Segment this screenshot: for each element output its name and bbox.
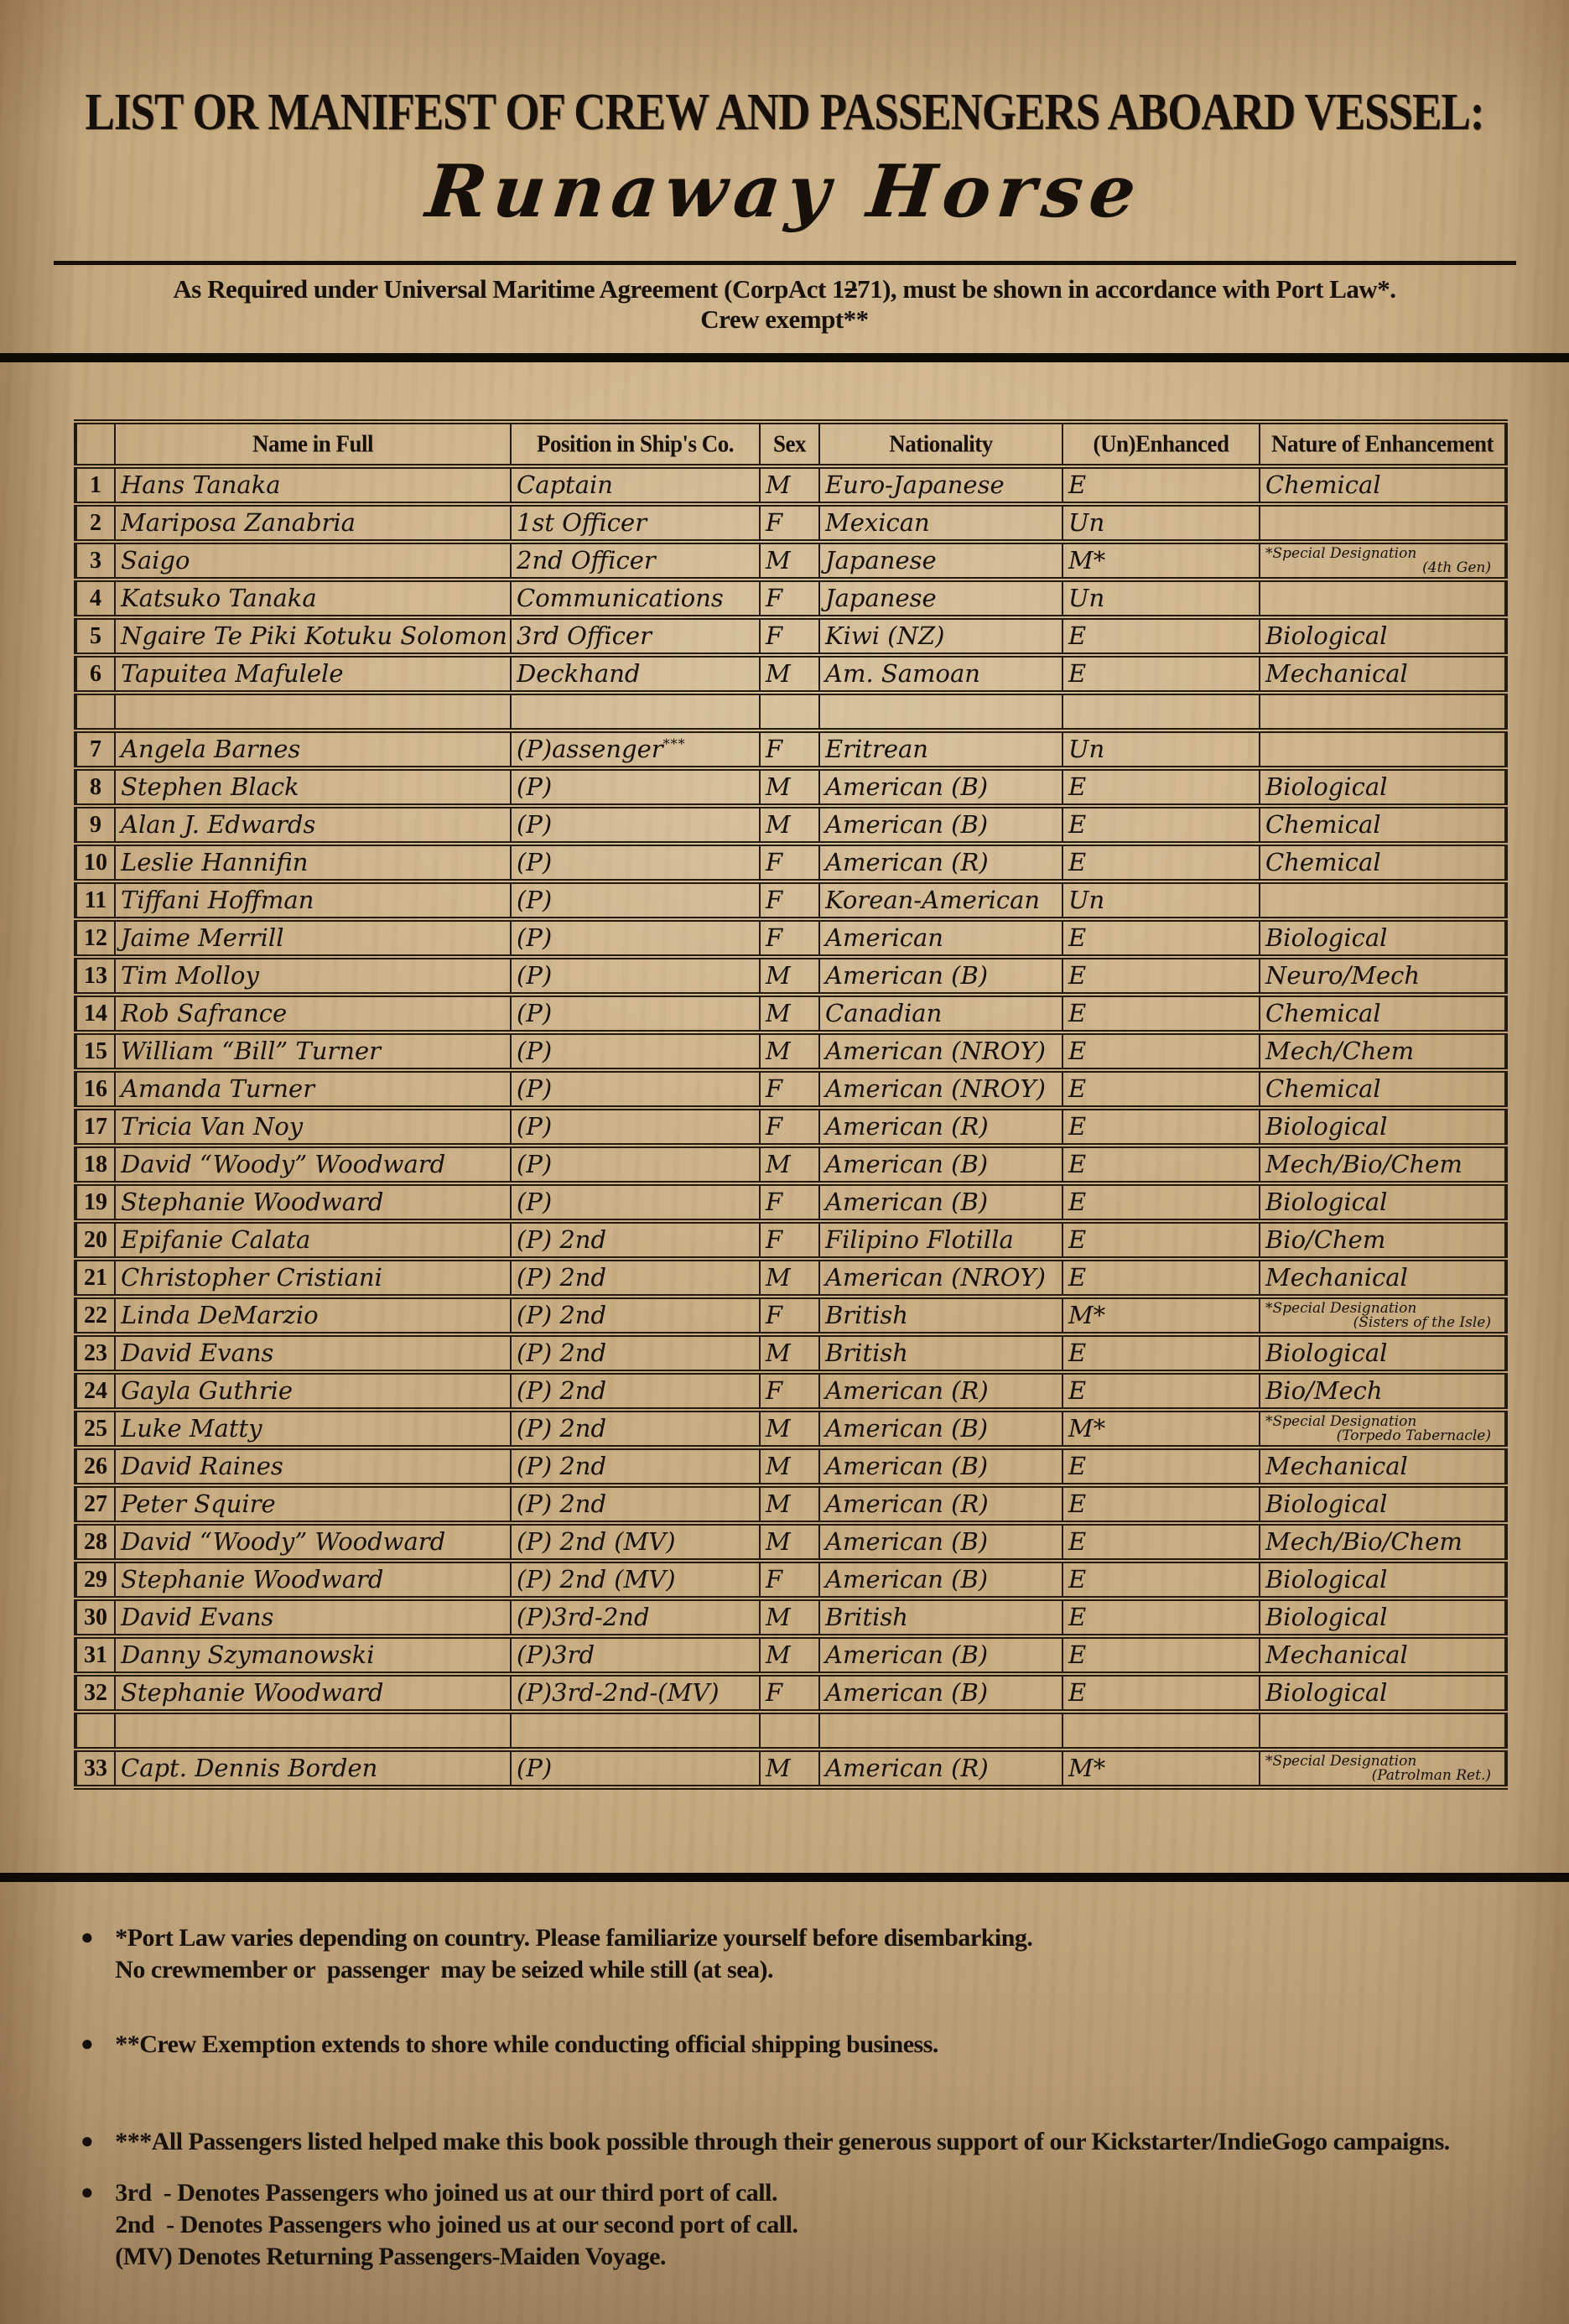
manifest-page: LIST OR MANIFEST OF CREW AND PASSENGERS … [0, 0, 1569, 2324]
footnote-line: **Crew Exemption extends to shore while … [115, 2029, 938, 2061]
enhanced-cell: E [1062, 1221, 1260, 1259]
nationality-cell [819, 693, 1062, 730]
nationality-cell: American (R) [819, 1108, 1062, 1146]
position-cell: (P) 2nd [511, 1372, 760, 1410]
row-number: 11 [75, 881, 115, 919]
nationality-cell: American (B) [819, 806, 1062, 844]
name-cell: Ngaire Te Piki Kotuku Solomon [115, 617, 511, 655]
row-number: 33 [75, 1749, 115, 1787]
position-cell: Captain [511, 466, 760, 504]
row-number [75, 1712, 115, 1749]
table-row: 18 David “Woody” Woodward (P) M American… [75, 1146, 1506, 1183]
nature-cell: *Special Designation(Patrolman Ret.) [1260, 1749, 1506, 1787]
nationality-cell: American (B) [819, 1448, 1062, 1485]
nature-cell: Biological [1260, 1561, 1506, 1599]
footnote-line: 3rd - Denotes Passengers who joined us a… [115, 2177, 797, 2209]
sex-cell: M [760, 542, 819, 580]
nature-cell: Biological [1260, 768, 1506, 806]
position-cell: (P) [511, 844, 760, 881]
sex-cell: F [760, 1372, 819, 1410]
enhanced-cell: E [1062, 1523, 1260, 1561]
nature-cell [1260, 580, 1506, 617]
row-number: 9 [75, 806, 115, 844]
position-cell: (P) 2nd [511, 1334, 760, 1372]
name-cell: Tapuitea Mafulele [115, 655, 511, 693]
table-row: 9 Alan J. Edwards (P) M American (B) E C… [75, 806, 1506, 844]
footnote-line: *Port Law varies depending on country. P… [115, 1922, 1032, 1954]
table-row: 3 Saigo 2nd Officer M Japanese M* *Speci… [75, 542, 1506, 580]
subtitle-struck-digit: 2 [844, 274, 857, 304]
position-cell: 3rd Officer [511, 617, 760, 655]
nationality-cell: American (R) [819, 1372, 1062, 1410]
name-cell: Alan J. Edwards [115, 806, 511, 844]
nationality-cell: American (R) [819, 1485, 1062, 1523]
subtitle-line2: Crew exempt** [0, 304, 1569, 335]
footnote-text: 3rd - Denotes Passengers who joined us a… [115, 2177, 797, 2274]
nature-cell: Chemical [1260, 1070, 1506, 1108]
sex-cell: M [760, 1636, 819, 1674]
footnotes-list: ● *Port Law varies depending on country.… [81, 1922, 1456, 2274]
enhanced-cell: E [1062, 1636, 1260, 1674]
enhanced-cell: E [1062, 1259, 1260, 1297]
row-number: 1 [75, 466, 115, 504]
row-number: 22 [75, 1297, 115, 1334]
position-cell: (P) [511, 806, 760, 844]
sex-cell: F [760, 617, 819, 655]
sex-cell: M [760, 957, 819, 995]
name-cell: Epifanie Calata [115, 1221, 511, 1259]
col-header-position: Position in Ship's Co. [511, 421, 760, 468]
footnote-text: **Crew Exemption extends to shore while … [115, 2029, 938, 2061]
sex-cell: M [760, 1599, 819, 1636]
row-number: 5 [75, 617, 115, 655]
row-number: 3 [75, 542, 115, 580]
row-number: 30 [75, 1599, 115, 1636]
footnote-line: ***All Passengers listed helped make thi… [115, 2126, 1450, 2158]
name-cell: Danny Szymanowski [115, 1636, 511, 1674]
row-number: 12 [75, 919, 115, 957]
name-cell: Rob Safrance [115, 995, 511, 1032]
name-cell: William “Bill” Turner [115, 1032, 511, 1070]
table-row: 1 Hans Tanaka Captain M Euro-Japanese E … [75, 466, 1506, 504]
enhanced-cell: Un [1062, 504, 1260, 542]
nationality-cell: Canadian [819, 995, 1062, 1032]
table-row: 8 Stephen Black (P) M American (B) E Bio… [75, 768, 1506, 806]
sex-cell: F [760, 881, 819, 919]
row-number: 8 [75, 768, 115, 806]
table-row: 5 Ngaire Te Piki Kotuku Solomon 3rd Offi… [75, 617, 1506, 655]
enhanced-cell: E [1062, 1183, 1260, 1221]
position-cell: (P) [511, 957, 760, 995]
footnote-item: ● **Crew Exemption extends to shore whil… [81, 2029, 1456, 2061]
nationality-cell: American (B) [819, 1636, 1062, 1674]
name-cell: Mariposa Zanabria [115, 504, 511, 542]
enhanced-cell [1062, 1712, 1260, 1749]
enhanced-cell: Un [1062, 730, 1260, 768]
enhanced-cell: E [1062, 1032, 1260, 1070]
name-cell: Stephanie Woodward [115, 1183, 511, 1221]
nationality-cell: American (NROY) [819, 1259, 1062, 1297]
name-cell: Saigo [115, 542, 511, 580]
enhanced-cell: E [1062, 1334, 1260, 1372]
row-number: 20 [75, 1221, 115, 1259]
position-cell: (P) [511, 1146, 760, 1183]
nature-cell: Chemical [1260, 466, 1506, 504]
bullet-icon: ● [81, 2126, 93, 2156]
nature-cell: Neuro/Mech [1260, 957, 1506, 995]
table-row: 22 Linda DeMarzio (P) 2nd F British M* *… [75, 1297, 1506, 1334]
table-row: 12 Jaime Merrill (P) F American E Biolog… [75, 919, 1506, 957]
position-cell: (P) 2nd [511, 1221, 760, 1259]
position-cell: (P) [511, 1749, 760, 1787]
enhanced-cell: E [1062, 1485, 1260, 1523]
sex-cell: F [760, 504, 819, 542]
position-cell: (P)3rd-2nd-(MV) [511, 1674, 760, 1712]
nationality-cell: Kiwi (NZ) [819, 617, 1062, 655]
enhanced-cell: E [1062, 1599, 1260, 1636]
sex-cell: F [760, 1674, 819, 1712]
nature-cell [1260, 730, 1506, 768]
sex-cell: M [760, 995, 819, 1032]
enhanced-cell: E [1062, 1674, 1260, 1712]
nationality-cell: Japanese [819, 542, 1062, 580]
footnote-item: ● ***All Passengers listed helped make t… [81, 2126, 1456, 2158]
enhanced-cell: E [1062, 617, 1260, 655]
enhanced-cell: E [1062, 844, 1260, 881]
position-cell [511, 693, 760, 730]
nationality-cell: British [819, 1334, 1062, 1372]
table-row: 31 Danny Szymanowski (P)3rd M American (… [75, 1636, 1506, 1674]
sex-cell: M [760, 466, 819, 504]
col-header-number [75, 421, 115, 468]
enhanced-cell: E [1062, 1561, 1260, 1599]
nature-cell: *Special Designation(Torpedo Tabernacle) [1260, 1410, 1506, 1448]
sex-cell: M [760, 1749, 819, 1787]
footnote-line: No crewmember or passenger may be seized… [115, 1954, 1032, 1986]
table-row: 33 Capt. Dennis Borden (P) M American (R… [75, 1749, 1506, 1787]
position-cell: (P) [511, 1032, 760, 1070]
position-cell: Communications [511, 580, 760, 617]
table-row [75, 1712, 1506, 1749]
nationality-cell: British [819, 1599, 1062, 1636]
nationality-cell: American (B) [819, 1410, 1062, 1448]
vessel-name-underline [54, 261, 1516, 265]
position-cell: (P)assenger*** [511, 730, 760, 768]
subtitle-pre: As Required under Universal Maritime Agr… [173, 274, 844, 304]
row-number: 17 [75, 1108, 115, 1146]
sex-cell: F [760, 1108, 819, 1146]
position-cell: Deckhand [511, 655, 760, 693]
footnote-text: ***All Passengers listed helped make thi… [115, 2126, 1450, 2158]
table-row: 4 Katsuko Tanaka Communications F Japane… [75, 580, 1506, 617]
table-row: 7 Angela Barnes (P)assenger*** F Eritrea… [75, 730, 1506, 768]
position-cell: 1st Officer [511, 504, 760, 542]
position-cell: (P) [511, 919, 760, 957]
enhanced-cell: E [1062, 1448, 1260, 1485]
name-cell [115, 693, 511, 730]
header-row: Name in Full Position in Ship's Co. Sex … [75, 422, 1506, 466]
nature-cell: Biological [1260, 617, 1506, 655]
table-row: 16 Amanda Turner (P) F American (NROY) E… [75, 1070, 1506, 1108]
nationality-cell: American [819, 919, 1062, 957]
table-row: 27 Peter Squire (P) 2nd M American (R) E… [75, 1485, 1506, 1523]
position-cell: (P) [511, 768, 760, 806]
table-row: 11 Tiffani Hoffman (P) F Korean-American… [75, 881, 1506, 919]
row-number: 21 [75, 1259, 115, 1297]
sex-cell: M [760, 655, 819, 693]
nature-cell: Bio/Chem [1260, 1221, 1506, 1259]
enhanced-cell: E [1062, 957, 1260, 995]
table-row [75, 693, 1506, 730]
bullet-icon: ● [81, 1922, 93, 1952]
table-row: 17 Tricia Van Noy (P) F American (R) E B… [75, 1108, 1506, 1146]
position-cell: (P) 2nd (MV) [511, 1523, 760, 1561]
sex-cell: F [760, 1561, 819, 1599]
enhanced-cell: E [1062, 1070, 1260, 1108]
table-row: 25 Luke Matty (P) 2nd M American (B) M* … [75, 1410, 1506, 1448]
nationality-cell: American (NROY) [819, 1032, 1062, 1070]
nationality-cell: Korean-American [819, 881, 1062, 919]
manifest-table: Name in Full Position in Ship's Co. Sex … [74, 419, 1508, 1790]
sex-cell [760, 693, 819, 730]
nature-cell: Biological [1260, 1183, 1506, 1221]
row-number: 28 [75, 1523, 115, 1561]
row-number: 13 [75, 957, 115, 995]
nature-cell: Biological [1260, 919, 1506, 957]
position-cell: (P) 2nd [511, 1485, 760, 1523]
nature-cell [1260, 881, 1506, 919]
table-row: 14 Rob Safrance (P) M Canadian E Chemica… [75, 995, 1506, 1032]
sex-cell: F [760, 919, 819, 957]
nationality-cell: American (B) [819, 768, 1062, 806]
nature-cell: Mech/Chem [1260, 1032, 1506, 1070]
sex-cell: F [760, 1183, 819, 1221]
document-title: LIST OR MANIFEST OF CREW AND PASSENGERS … [0, 83, 1569, 143]
name-cell: Jaime Merrill [115, 919, 511, 957]
sex-cell: F [760, 1221, 819, 1259]
row-number: 27 [75, 1485, 115, 1523]
table-row: 19 Stephanie Woodward (P) F American (B)… [75, 1183, 1506, 1221]
enhanced-cell: M* [1062, 542, 1260, 580]
col-header-sex: Sex [760, 421, 819, 468]
position-cell: (P) 2nd (MV) [511, 1561, 760, 1599]
footnote-line: (MV) Denotes Returning Passengers-Maiden… [115, 2241, 797, 2273]
row-number: 19 [75, 1183, 115, 1221]
nature-cell: Biological [1260, 1599, 1506, 1636]
name-cell: Luke Matty [115, 1410, 511, 1448]
nationality-cell: American (B) [819, 1674, 1062, 1712]
bullet-icon: ● [81, 2029, 93, 2059]
table-row: 2 Mariposa Zanabria 1st Officer F Mexica… [75, 504, 1506, 542]
sex-cell: F [760, 580, 819, 617]
subtitle-post: 71), must be shown in accordance with Po… [857, 274, 1396, 304]
enhanced-cell: M* [1062, 1749, 1260, 1787]
table-row: 23 David Evans (P) 2nd M British E Biolo… [75, 1334, 1506, 1372]
nature-cell: Mechanical [1260, 1448, 1506, 1485]
position-cell: (P) [511, 1070, 760, 1108]
nationality-cell: Filipino Flotilla [819, 1221, 1062, 1259]
name-cell: David Evans [115, 1599, 511, 1636]
enhanced-cell: E [1062, 1372, 1260, 1410]
table-row: 29 Stephanie Woodward (P) 2nd (MV) F Ame… [75, 1561, 1506, 1599]
manifest-table-header: Name in Full Position in Ship's Co. Sex … [75, 422, 1506, 466]
name-cell: Stephanie Woodward [115, 1674, 511, 1712]
sex-cell: M [760, 1523, 819, 1561]
name-cell: David “Woody” Woodward [115, 1146, 511, 1183]
name-cell: Tim Molloy [115, 957, 511, 995]
sex-cell: M [760, 1448, 819, 1485]
nature-cell: *Special Designation(Sisters of the Isle… [1260, 1297, 1506, 1334]
nature-cell: Mechanical [1260, 655, 1506, 693]
position-cell: (P) [511, 1183, 760, 1221]
nationality-cell: American (B) [819, 957, 1062, 995]
row-number: 14 [75, 995, 115, 1032]
row-number: 23 [75, 1334, 115, 1372]
top-divider-rule [0, 353, 1569, 362]
enhanced-cell: E [1062, 806, 1260, 844]
subtitle-line1: As Required under Universal Maritime Agr… [0, 274, 1569, 304]
table-row: 24 Gayla Guthrie (P) 2nd F American (R) … [75, 1372, 1506, 1410]
name-cell: Angela Barnes [115, 730, 511, 768]
sex-cell: F [760, 1297, 819, 1334]
enhanced-cell: M* [1062, 1410, 1260, 1448]
position-cell: (P) [511, 881, 760, 919]
row-number: 16 [75, 1070, 115, 1108]
nationality-cell: Am. Samoan [819, 655, 1062, 693]
sex-cell: F [760, 844, 819, 881]
nature-cell: Mechanical [1260, 1636, 1506, 1674]
enhanced-cell: E [1062, 1108, 1260, 1146]
nationality-cell: British [819, 1297, 1062, 1334]
row-number: 15 [75, 1032, 115, 1070]
footnote-item: ● *Port Law varies depending on country.… [81, 1922, 1456, 1987]
row-number: 24 [75, 1372, 115, 1410]
col-header-enhanced: (Un)Enhanced [1062, 421, 1260, 468]
name-cell: Gayla Guthrie [115, 1372, 511, 1410]
sex-cell: M [760, 1259, 819, 1297]
nature-cell [1260, 1712, 1506, 1749]
nationality-cell: American (B) [819, 1523, 1062, 1561]
nature-cell: Biological [1260, 1334, 1506, 1372]
nature-cell [1260, 504, 1506, 542]
footnote-line: 2nd - Denotes Passengers who joined us a… [115, 2209, 797, 2241]
row-number: 25 [75, 1410, 115, 1448]
sex-cell: M [760, 768, 819, 806]
row-number: 10 [75, 844, 115, 881]
row-number: 18 [75, 1146, 115, 1183]
row-number: 31 [75, 1636, 115, 1674]
name-cell: Linda DeMarzio [115, 1297, 511, 1334]
name-cell: Tiffani Hoffman [115, 881, 511, 919]
nature-cell [1260, 693, 1506, 730]
nature-cell: Biological [1260, 1108, 1506, 1146]
table-row: 10 Leslie Hannifin (P) F American (R) E … [75, 844, 1506, 881]
nature-cell: Mech/Bio/Chem [1260, 1523, 1506, 1561]
position-cell: (P) [511, 1108, 760, 1146]
enhanced-cell: E [1062, 466, 1260, 504]
table-row: 28 David “Woody” Woodward (P) 2nd (MV) M… [75, 1523, 1506, 1561]
nationality-cell [819, 1712, 1062, 1749]
nationality-cell: American (R) [819, 1749, 1062, 1787]
row-number: 29 [75, 1561, 115, 1599]
table-row: 13 Tim Molloy (P) M American (B) E Neuro… [75, 957, 1506, 995]
row-number: 2 [75, 504, 115, 542]
name-cell: Katsuko Tanaka [115, 580, 511, 617]
row-number: 26 [75, 1448, 115, 1485]
name-cell: David “Woody” Woodward [115, 1523, 511, 1561]
table-row: 32 Stephanie Woodward (P)3rd-2nd-(MV) F … [75, 1674, 1506, 1712]
enhanced-cell: E [1062, 768, 1260, 806]
position-cell: (P) [511, 995, 760, 1032]
position-cell: (P) 2nd [511, 1448, 760, 1485]
nature-cell: Mech/Bio/Chem [1260, 1146, 1506, 1183]
sex-cell [760, 1712, 819, 1749]
sex-cell: F [760, 730, 819, 768]
nationality-cell: Euro-Japanese [819, 466, 1062, 504]
name-cell: Stephen Black [115, 768, 511, 806]
position-cell: (P) 2nd [511, 1297, 760, 1334]
enhanced-cell [1062, 693, 1260, 730]
footnote-text: *Port Law varies depending on country. P… [115, 1922, 1032, 1987]
col-header-nationality: Nationality [819, 421, 1062, 468]
nature-cell: Biological [1260, 1485, 1506, 1523]
nationality-cell: Japanese [819, 580, 1062, 617]
sex-cell: M [760, 1032, 819, 1070]
name-cell: Capt. Dennis Borden [115, 1749, 511, 1787]
footnote-item: ● 3rd - Denotes Passengers who joined us… [81, 2177, 1456, 2274]
sex-cell: F [760, 1070, 819, 1108]
row-number: 6 [75, 655, 115, 693]
name-cell: David Evans [115, 1334, 511, 1372]
name-cell: Peter Squire [115, 1485, 511, 1523]
enhanced-cell: M* [1062, 1297, 1260, 1334]
nature-cell: Chemical [1260, 844, 1506, 881]
nationality-cell: American (B) [819, 1561, 1062, 1599]
position-cell [511, 1712, 760, 1749]
name-cell: Amanda Turner [115, 1070, 511, 1108]
table-row: 6 Tapuitea Mafulele Deckhand M Am. Samoa… [75, 655, 1506, 693]
name-cell: Stephanie Woodward [115, 1561, 511, 1599]
position-cell: (P)3rd [511, 1636, 760, 1674]
name-cell [115, 1712, 511, 1749]
nationality-cell: Mexican [819, 504, 1062, 542]
nature-cell: Chemical [1260, 806, 1506, 844]
nationality-cell: American (R) [819, 844, 1062, 881]
nationality-cell: American (B) [819, 1183, 1062, 1221]
sex-cell: M [760, 1146, 819, 1183]
table-row: 20 Epifanie Calata (P) 2nd F Filipino Fl… [75, 1221, 1506, 1259]
col-header-name: Name in Full [115, 421, 511, 468]
enhanced-cell: E [1062, 995, 1260, 1032]
table-row: 26 David Raines (P) 2nd M American (B) E… [75, 1448, 1506, 1485]
nature-cell: Bio/Mech [1260, 1372, 1506, 1410]
sex-cell: M [760, 1334, 819, 1372]
nationality-cell: American (NROY) [819, 1070, 1062, 1108]
enhanced-cell: E [1062, 919, 1260, 957]
col-header-nature: Nature of Enhancement [1260, 421, 1506, 468]
name-cell: Hans Tanaka [115, 466, 511, 504]
sex-cell: M [760, 1485, 819, 1523]
bullet-icon: ● [81, 2177, 93, 2207]
nature-cell: Mechanical [1260, 1259, 1506, 1297]
name-cell: Leslie Hannifin [115, 844, 511, 881]
manifest-table-body: 1 Hans Tanaka Captain M Euro-Japanese E … [75, 466, 1506, 1787]
position-cell: (P)3rd-2nd [511, 1599, 760, 1636]
enhanced-cell: Un [1062, 580, 1260, 617]
table-row: 30 David Evans (P)3rd-2nd M British E Bi… [75, 1599, 1506, 1636]
nationality-cell: Eritrean [819, 730, 1062, 768]
sex-cell: M [760, 1410, 819, 1448]
